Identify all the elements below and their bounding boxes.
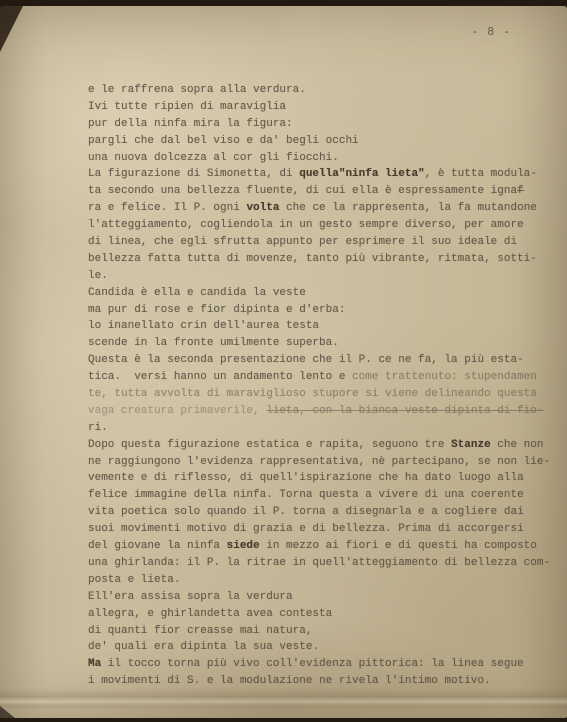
text-line: Candida è ella e candida la veste: [88, 285, 555, 302]
text-segment: vita poetica solo quando il P. torna a d…: [88, 506, 524, 518]
text-segment: Questa è la seconda presentazione che il…: [88, 354, 524, 366]
text-segment: vaga creatura primaverile,: [88, 405, 266, 417]
text-segment: ma pur di rose e fior dipinta e d'erba:: [88, 304, 345, 316]
text-segment: pur della ninfa mira la figura:: [88, 118, 293, 130]
text-line: scende in la fronte umilmente superba.: [88, 335, 555, 352]
text-segment: felice immagine della ninfa. Torna quest…: [88, 489, 524, 501]
text-segment: del giovane la ninfa: [88, 540, 227, 552]
text-segment: suoi movimenti motivo di grazia e di bel…: [88, 523, 524, 535]
text-segment: La figurazione di Simonetta, di: [88, 168, 299, 180]
text-segment: volta: [246, 202, 279, 214]
text-line: lo inanellato crin dell'aurea testa: [88, 318, 555, 335]
text-segment: de' quali era dipinta la sua veste.: [88, 641, 319, 653]
text-segment: ta secondo una bellezza fluente, di cui …: [88, 185, 517, 197]
text-segment: , è tutta modula-: [425, 168, 537, 180]
text-segment: il tocco torna più vivo coll'evidenza pi…: [101, 658, 523, 670]
text-segment: Stanze: [451, 439, 491, 451]
text-lines: e le raffrena sopra alla verdura.Ivi tut…: [88, 82, 555, 690]
text-line: di quanti fior creasse mai natura,: [88, 623, 555, 640]
text-segment: ne raggiungono l'evidenza rappresentativ…: [88, 456, 550, 468]
text-line: le.: [88, 268, 555, 285]
text-segment: siede: [227, 540, 260, 552]
text-segment: vemente e di riflesso, di quell'ispirazi…: [88, 472, 524, 484]
text-segment: Candida è ella e candida la veste: [88, 287, 306, 299]
text-line: allegra, e ghirlandetta avea contesta: [88, 606, 555, 623]
text-segment: tica. versi hanno un andamento lento e: [88, 371, 352, 383]
text-line: i movimenti di S. e la modulazione ne ri…: [88, 673, 555, 690]
page-number: - 8 -: [471, 26, 511, 39]
text-line: Ivi tutte ripien di maraviglia: [88, 99, 555, 116]
text-line: e le raffrena sopra alla verdura.: [88, 82, 555, 99]
text-segment: f: [517, 185, 524, 197]
text-line: te, tutta avvolta di maraviglioso stupor…: [88, 386, 555, 403]
text-segment: Dopo questa figurazione estatica e rapit…: [88, 439, 451, 451]
text-line: ma pur di rose e fior dipinta e d'erba:: [88, 302, 555, 319]
text-line: ra e felice. Il P. ogni volta che ce la …: [88, 200, 555, 217]
text-segment: posta e lieta.: [88, 574, 180, 586]
text-segment: pargli che dal bel viso e da' begli occh…: [88, 135, 359, 147]
text-line: pargli che dal bel viso e da' begli occh…: [88, 133, 555, 150]
text-line: Ma il tocco torna più vivo coll'evidenza…: [88, 656, 555, 673]
text-line: vemente e di riflesso, di quell'ispirazi…: [88, 470, 555, 487]
typewritten-page: - 8 - e le raffrena sopra alla verdura.I…: [0, 6, 567, 718]
text-segment: e le raffrena sopra alla verdura.: [88, 84, 306, 96]
text-segment: i movimenti di S. e la modulazione ne ri…: [88, 675, 491, 687]
photo-background: - 8 - e le raffrena sopra alla verdura.I…: [0, 0, 567, 722]
text-segment: che ce la rappresenta, la fa mutandone: [279, 202, 536, 214]
text-line: vaga creatura primaverile, lieta, con la…: [88, 403, 555, 420]
text-segment: ra e felice. Il P. ogni: [88, 202, 246, 214]
text-line: ta secondo una bellezza fluente, di cui …: [88, 183, 555, 200]
text-segment: che non: [491, 439, 544, 451]
text-segment: quella"ninfa lieta": [299, 168, 424, 180]
text-line: ne raggiungono l'evidenza rappresentativ…: [88, 454, 555, 471]
text-segment: di linea, che egli sfrutta appunto per e…: [88, 236, 517, 248]
text-line: bellezza fatta tutta di movenze, tanto p…: [88, 251, 555, 268]
text-segment: Ell'era assisa sopra la verdura: [88, 591, 293, 603]
text-segment: ri.: [88, 422, 108, 434]
text-line: Dopo questa figurazione estatica e rapit…: [88, 437, 555, 454]
text-segment: l'atteggiamento, cogliendola in un gesto…: [88, 219, 524, 231]
text-segment: Ivi tutte ripien di maraviglia: [88, 101, 286, 113]
text-line: tica. versi hanno un andamento lento e c…: [88, 369, 555, 386]
text-segment: lo inanellato crin dell'aurea testa: [88, 320, 319, 332]
text-line: suoi movimenti motivo di grazia e di bel…: [88, 521, 555, 538]
text-segment: in mezzo ai fiori e di questi ha compost…: [260, 540, 537, 552]
text-segment: come trattenuto: stupendamen: [352, 371, 537, 383]
text-line: felice immagine della ninfa. Torna quest…: [88, 487, 555, 504]
text-segment: scende in la fronte umilmente superba.: [88, 337, 339, 349]
text-line: di linea, che egli sfrutta appunto per e…: [88, 234, 555, 251]
text-segment: bellezza fatta tutta di movenze, tanto p…: [88, 253, 537, 265]
text-segment: lieta, con la bianca veste dipinta di fi…: [266, 405, 543, 417]
text-line: del giovane la ninfa siede in mezzo ai f…: [88, 538, 555, 555]
text-segment: una ghirlanda: il P. la ritrae in quell'…: [88, 557, 550, 569]
text-line: l'atteggiamento, cogliendola in un gesto…: [88, 217, 555, 234]
text-line: La figurazione di Simonetta, di quella"n…: [88, 166, 555, 183]
text-line: de' quali era dipinta la sua veste.: [88, 639, 555, 656]
text-segment: di quanti fior creasse mai natura,: [88, 625, 312, 637]
text-line: posta e lieta.: [88, 572, 555, 589]
text-line: una ghirlanda: il P. la ritrae in quell'…: [88, 555, 555, 572]
text-line: Ell'era assisa sopra la verdura: [88, 589, 555, 606]
text-segment: le.: [88, 270, 108, 282]
text-segment: una nuova dolcezza al cor gli fiocchi.: [88, 152, 339, 164]
text-segment: allegra, e ghirlandetta avea contesta: [88, 608, 332, 620]
text-line: pur della ninfa mira la figura:: [88, 116, 555, 133]
text-line: Questa è la seconda presentazione che il…: [88, 352, 555, 369]
text-line: ri.: [88, 420, 555, 437]
text-segment: te, tutta avvolta di maraviglioso stupor…: [88, 388, 537, 400]
text-segment: Ma: [88, 658, 101, 670]
text-line: vita poetica solo quando il P. torna a d…: [88, 504, 555, 521]
text-line: una nuova dolcezza al cor gli fiocchi.: [88, 150, 555, 167]
